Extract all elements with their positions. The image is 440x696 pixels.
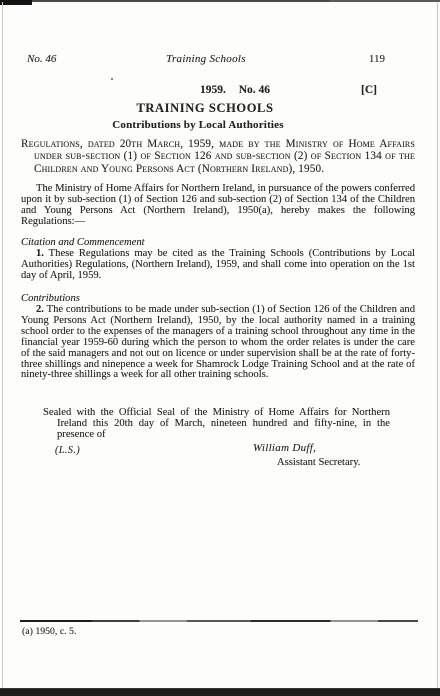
document-subtitle: Contributions by Local Authorities	[1, 119, 395, 131]
statutory-year: 1959.	[200, 84, 226, 96]
clause-2: 2. The contributions to be made under su…	[21, 305, 415, 381]
preamble-smallcaps: Regulations, dated 20th March, 1959, mad…	[21, 138, 415, 175]
scan-top-border-dark-segment	[0, 0, 32, 5]
corner-mark: [C]	[361, 84, 377, 96]
scan-specks	[111, 78, 113, 80]
clause-1: 1. These Regulations may be cited as the…	[21, 249, 415, 282]
scan-right-edge	[437, 2, 438, 688]
section-heading-citation: Citation and Commencement	[21, 237, 145, 248]
footnote: (a) 1950, c. 5.	[22, 626, 76, 637]
scan-left-edge	[2, 2, 3, 688]
page-number: 119	[295, 53, 385, 65]
clause-2-number: 2.	[36, 304, 44, 315]
clause-1-number: 1.	[36, 248, 44, 259]
clause-1-text: These Regulations may be cited as the Tr…	[21, 248, 415, 281]
running-header-number: No. 46	[27, 53, 117, 65]
running-header-title: Training Schools	[117, 53, 295, 65]
scan-top-border	[0, 0, 440, 2]
seal-mark: (L.S.)	[55, 445, 80, 456]
clause-2-text: The contributions to be made under sub-s…	[21, 304, 415, 380]
enacting-clause: The Ministry of Home Affairs for Norther…	[21, 184, 415, 228]
running-header: No. 46 Training Schools 119	[27, 53, 385, 65]
signatory-title: Assistant Secretary.	[277, 457, 360, 468]
scan-bottom-border	[0, 688, 440, 696]
section-heading-contributions: Contributions	[21, 293, 80, 304]
statutory-number: No. 46	[239, 84, 270, 96]
footnote-rule	[20, 620, 418, 622]
document-title: TRAINING SCHOOLS	[8, 101, 402, 116]
sealing-clause: Sealed with the Official Seal of the Min…	[43, 407, 390, 440]
document-page: No. 46 Training Schools 119 1959. No. 46…	[0, 0, 440, 696]
signatory-name: William Duff,	[253, 442, 316, 454]
